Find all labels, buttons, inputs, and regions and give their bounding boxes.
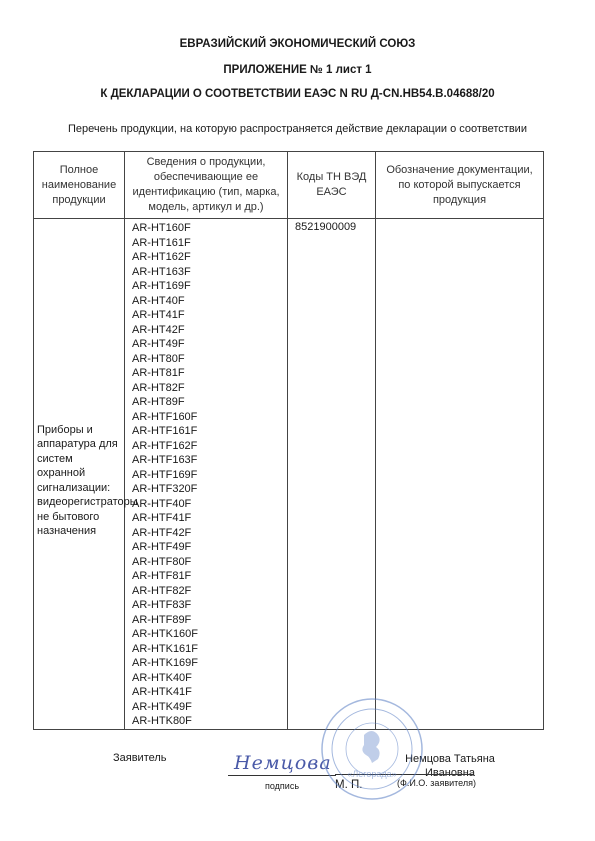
model-item: AR-HT162F	[132, 250, 287, 265]
model-item: AR-HT41F	[132, 308, 287, 323]
model-item: AR-HTF161F	[132, 424, 287, 439]
model-item: AR-HT160F	[132, 221, 287, 236]
model-item: AR-HTF81F	[132, 569, 287, 584]
model-item: AR-HTF80F	[132, 555, 287, 570]
model-item: AR-HTF42F	[132, 526, 287, 541]
product-name: Приборы и аппаратура для систем охранной…	[37, 423, 121, 539]
declaration-title: К ДЕКЛАРАЦИИ О СООТВЕТСТВИИ ЕАЭС N RU Д-…	[0, 88, 595, 100]
model-item: AR-HT80F	[132, 352, 287, 367]
product-name-cell: Приборы и аппаратура для систем охранной…	[34, 219, 125, 730]
svg-text:«Легорада»: «Легорада»	[347, 769, 396, 779]
header-hs-codes: Коды ТН ВЭД ЕАЭС	[288, 152, 376, 219]
model-item: AR-HT82F	[132, 381, 287, 396]
appendix-title: ПРИЛОЖЕНИЕ № 1 лист 1	[0, 64, 595, 76]
products-subtitle: Перечень продукции, на которую распростр…	[0, 123, 595, 135]
model-item: AR-HTF41F	[132, 511, 287, 526]
header-documentation: Обозначение документации, по которой вып…	[376, 152, 544, 219]
model-item: AR-HTK49F	[132, 700, 287, 715]
model-item: AR-HTK169F	[132, 656, 287, 671]
applicant-label: Заявитель	[113, 752, 167, 764]
model-item: AR-HTK41F	[132, 685, 287, 700]
header-product-info: Сведения о продукции, обеспечивающие ее …	[125, 152, 288, 219]
signature: Немцова	[234, 752, 332, 774]
model-item: AR-HTF163F	[132, 453, 287, 468]
model-item: AR-HTK80F	[132, 714, 287, 729]
model-item: AR-HTK161F	[132, 642, 287, 657]
models-cell: AR-HT160FAR-HT161FAR-HT162FAR-HT163FAR-H…	[125, 219, 288, 730]
model-item: AR-HT161F	[132, 236, 287, 251]
model-item: AR-HT169F	[132, 279, 287, 294]
model-item: AR-HTF49F	[132, 540, 287, 555]
table-row: Приборы и аппаратура для систем охранной…	[34, 219, 544, 730]
model-item: AR-HTF169F	[132, 468, 287, 483]
model-item: AR-HT89F	[132, 395, 287, 410]
table-header-row: Полное наименование продукции Сведения о…	[34, 152, 544, 219]
documentation-cell	[376, 219, 544, 730]
model-item: AR-HT163F	[132, 265, 287, 280]
products-table: Полное наименование продукции Сведения о…	[33, 151, 544, 730]
model-item: AR-HT49F	[132, 337, 287, 352]
model-item: AR-HTF40F	[132, 497, 287, 512]
signature-caption: подпись	[265, 781, 299, 791]
model-item: AR-HT40F	[132, 294, 287, 309]
company-stamp-icon: «Легорада»	[320, 697, 424, 801]
model-item: AR-HT81F	[132, 366, 287, 381]
hs-code: 8521900009	[288, 219, 376, 730]
model-item: AR-HTK40F	[132, 671, 287, 686]
model-item: AR-HTF320F	[132, 482, 287, 497]
model-item: AR-HTF162F	[132, 439, 287, 454]
model-item: AR-HTF89F	[132, 613, 287, 628]
model-item: AR-HTF82F	[132, 584, 287, 599]
model-item: AR-HT42F	[132, 323, 287, 338]
union-title: ЕВРАЗИЙСКИЙ ЭКОНОМИЧЕСКИЙ СОЮЗ	[0, 38, 595, 50]
model-item: AR-HTK160F	[132, 627, 287, 642]
header-product-name: Полное наименование продукции	[34, 152, 125, 219]
model-item: AR-HTF83F	[132, 598, 287, 613]
model-item: AR-HTF160F	[132, 410, 287, 425]
